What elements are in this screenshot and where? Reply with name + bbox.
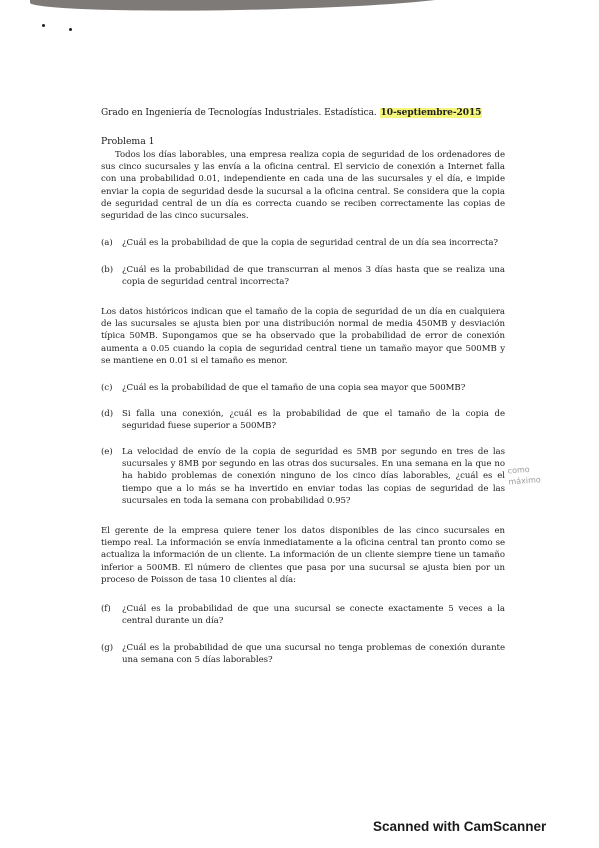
problem-title: Problema 1	[101, 136, 154, 148]
question-text: ¿Cuál es la probabilidad de que una sucu…	[122, 603, 505, 627]
paragraph-poisson: El gerente de la empresa quiere tener lo…	[101, 525, 505, 586]
scan-speck	[42, 24, 45, 27]
question-f: (f) ¿Cuál es la probabilidad de que una …	[101, 603, 505, 627]
question-label: (f)	[101, 603, 122, 627]
exam-date-highlight: 10-septiembre-2015	[380, 108, 483, 118]
question-text: La velocidad de envío de la copia de seg…	[122, 446, 505, 507]
question-text: ¿Cuál es la probabilidad de que una sucu…	[122, 642, 505, 666]
question-text: ¿Cuál es la probabilidad de que la copia…	[122, 237, 505, 249]
exam-header: Grado en Ingeniería de Tecnologías Indus…	[101, 107, 521, 119]
question-c: (c) ¿Cuál es la probabilidad de que el t…	[101, 382, 505, 394]
question-label: (d)	[101, 408, 122, 432]
question-label: (a)	[101, 237, 122, 249]
question-label: (g)	[101, 642, 122, 666]
question-text: ¿Cuál es la probabilidad de que el tamañ…	[122, 382, 505, 394]
camscanner-watermark: Scanned with CamScanner	[373, 819, 546, 834]
question-g: (g) ¿Cuál es la probabilidad de que una …	[101, 642, 505, 666]
question-a: (a) ¿Cuál es la probabilidad de que la c…	[101, 237, 505, 249]
scan-speck	[69, 28, 72, 31]
question-text: Si falla una conexión, ¿cuál es la proba…	[122, 408, 505, 432]
question-label: (c)	[101, 382, 122, 394]
scan-edge-shadow	[30, 0, 470, 12]
question-label: (b)	[101, 264, 122, 288]
paragraph-normal-distribution: Los datos históricos indican que el tama…	[101, 306, 505, 367]
question-label: (e)	[101, 446, 122, 507]
question-b: (b) ¿Cuál es la probabilidad de que tran…	[101, 264, 505, 288]
question-text: ¿Cuál es la probabilidad de que transcur…	[122, 264, 505, 288]
question-d: (d) Si falla una conexión, ¿cuál es la p…	[101, 408, 505, 432]
course-title: Grado en Ingeniería de Tecnologías Indus…	[101, 108, 377, 118]
problem-intro: Todos los días laborables, una empresa r…	[101, 149, 505, 222]
handwritten-note: como máximo	[507, 461, 578, 488]
question-e: (e) La velocidad de envío de la copia de…	[101, 446, 505, 507]
